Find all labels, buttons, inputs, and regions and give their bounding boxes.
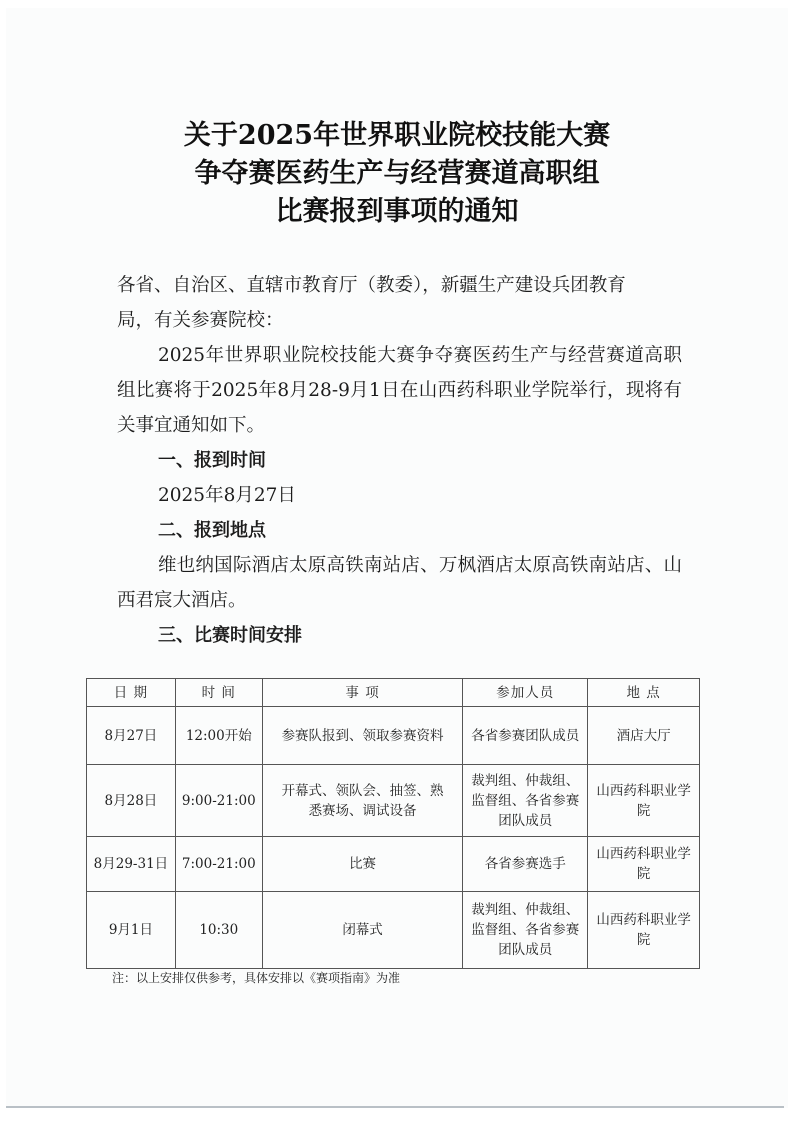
table-header-row: 日 期 时 间 事 项 参加人员 地 点 [87, 679, 700, 707]
cell-location: 山西药科职业学院 [588, 892, 700, 969]
section-heading-registration-time: 一、报到时间 [117, 443, 682, 478]
addressee-line-1: 各省、自治区、直辖市教育厅（教委），新疆生产建设兵团教育 [117, 268, 682, 303]
table-row: 8月29-31日 7:00-21:00 比赛 各省参赛选手 山西药科职业学院 [87, 837, 700, 892]
cell-location: 山西药科职业学院 [588, 765, 700, 837]
title-line-2: 争夺赛医药生产与经营赛道高职组 [0, 155, 794, 193]
document-body: 各省、自治区、直辖市教育厅（教委），新疆生产建设兵团教育 局，有关参赛院校： 2… [117, 268, 682, 653]
cell-participants: 各省参赛团队成员 [463, 707, 588, 765]
cell-time: 9:00-21:00 [175, 765, 262, 837]
header-date: 日 期 [87, 679, 176, 707]
addressee-line-2: 局，有关参赛院校： [117, 303, 682, 338]
cell-item: 比赛 [262, 837, 463, 892]
cell-time: 10:30 [175, 892, 262, 969]
schedule-table: 日 期 时 间 事 项 参加人员 地 点 8月27日 12:00开始 参赛队报到… [86, 678, 700, 969]
cell-time: 7:00-21:00 [175, 837, 262, 892]
document-title: 关于2025年世界职业院校技能大赛 争夺赛医药生产与经营赛道高职组 比赛报到事项… [0, 117, 794, 231]
cell-participants: 各省参赛选手 [463, 837, 588, 892]
registration-locations: 维也纳国际酒店太原高铁南站店、万枫酒店太原高铁南站店、山西君宸大酒店。 [117, 548, 682, 618]
cell-participants: 裁判组、仲裁组、监督组、各省参赛团队成员 [463, 765, 588, 837]
header-item: 事 项 [262, 679, 463, 707]
intro-paragraph: 2025年世界职业院校技能大赛争夺赛医药生产与经营赛道高职组比赛将于2025年8… [117, 338, 682, 443]
table-row: 8月28日 9:00-21:00 开幕式、领队会、抽签、熟悉赛场、调试设备 裁判… [87, 765, 700, 837]
section-heading-schedule: 三、比赛时间安排 [117, 618, 682, 653]
cell-location: 山西药科职业学院 [588, 837, 700, 892]
cell-item: 开幕式、领队会、抽签、熟悉赛场、调试设备 [262, 765, 463, 837]
cell-item: 闭幕式 [262, 892, 463, 969]
title-line-1: 关于2025年世界职业院校技能大赛 [0, 117, 794, 155]
cell-item: 参赛队报到、领取参赛资料 [262, 707, 463, 765]
header-participants: 参加人员 [463, 679, 588, 707]
page-edge-divider [6, 1106, 784, 1108]
header-location: 地 点 [588, 679, 700, 707]
table-row: 8月27日 12:00开始 参赛队报到、领取参赛资料 各省参赛团队成员 酒店大厅 [87, 707, 700, 765]
cell-date: 9月1日 [87, 892, 176, 969]
title-line-3: 比赛报到事项的通知 [0, 193, 794, 231]
section-heading-registration-location: 二、报到地点 [117, 513, 682, 548]
cell-date: 8月28日 [87, 765, 176, 837]
header-time: 时 间 [175, 679, 262, 707]
table-row: 9月1日 10:30 闭幕式 裁判组、仲裁组、监督组、各省参赛团队成员 山西药科… [87, 892, 700, 969]
cell-participants: 裁判组、仲裁组、监督组、各省参赛团队成员 [463, 892, 588, 969]
cell-date: 8月29-31日 [87, 837, 176, 892]
cell-location: 酒店大厅 [588, 707, 700, 765]
registration-date: 2025年8月27日 [117, 478, 682, 513]
cell-time: 12:00开始 [175, 707, 262, 765]
table-footnote: 注：以上安排仅供参考，具体安排以《赛项指南》为准 [112, 968, 400, 988]
cell-date: 8月27日 [87, 707, 176, 765]
